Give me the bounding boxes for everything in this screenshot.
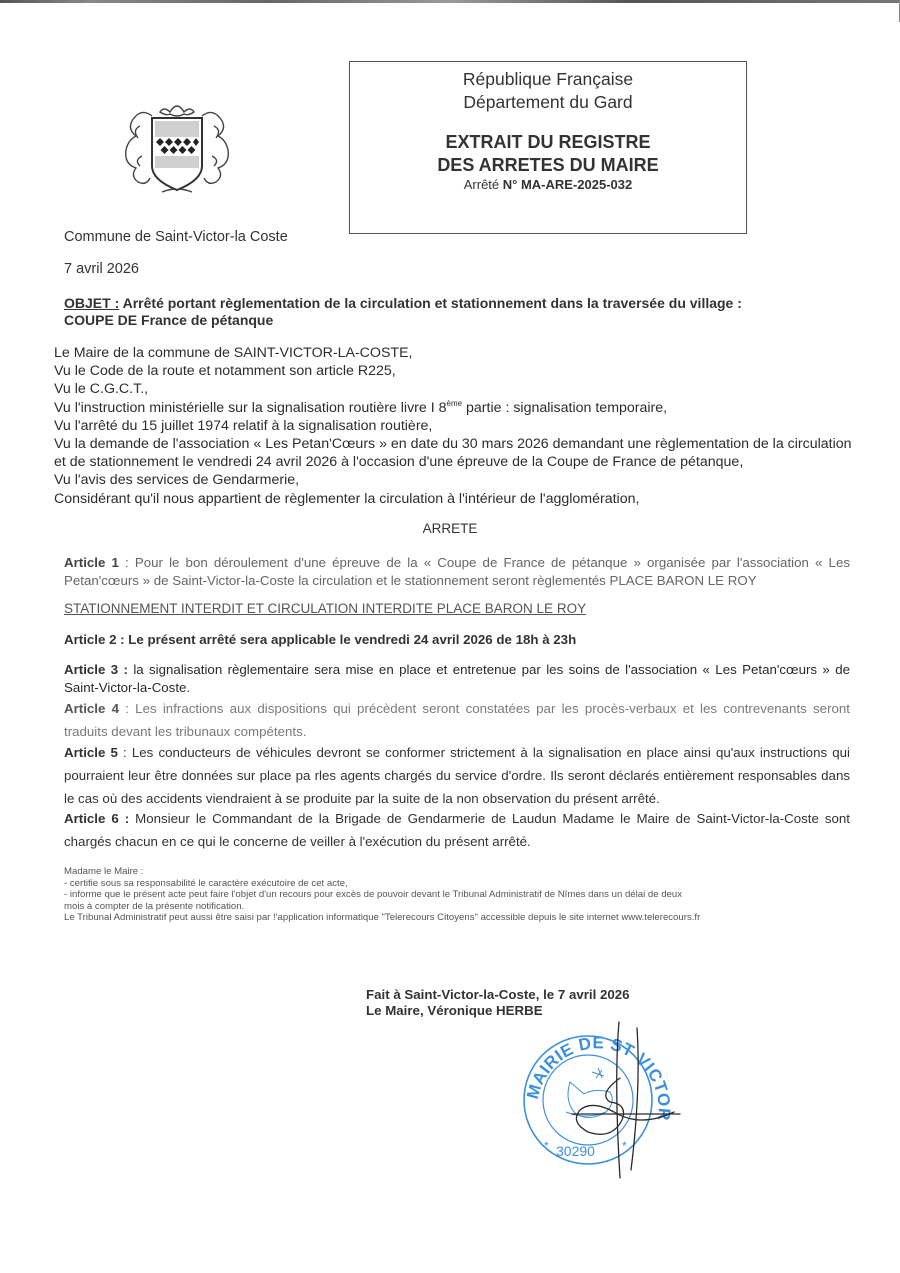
article-label: Article 5 (64, 745, 118, 760)
register-line-2: DES ARRETES DU MAIRE (350, 154, 746, 177)
republic-title: République Française Département du Gard (350, 68, 746, 114)
arrete-heading: ARRETE (0, 521, 900, 536)
signatory-name: Le Maire, Véronique HERBE (366, 1003, 630, 1019)
article-label: Article 1 (64, 555, 119, 570)
article-text: la signalisation règlementaire sera mise… (64, 662, 850, 695)
republic-line: République Française (350, 68, 746, 91)
commune-name: Commune de Saint-Victor-la Coste (64, 229, 288, 245)
document-date: 7 avril 2026 (64, 261, 139, 277)
article-text: : Les conducteurs de véhicules devront s… (64, 745, 850, 806)
consideration-line: Vu l'avis des services de Gendarmerie, (54, 471, 864, 489)
article-text: : Le présent arrêté sera applicable le v… (116, 632, 576, 647)
objet-text-line2: COUPE DE France de pétanque (64, 312, 273, 328)
coat-of-arms-icon (112, 98, 242, 198)
consideration-line: et de stationnement le vendredi 24 avril… (54, 453, 864, 471)
article-text: : Pour le bon déroulement d'une épreuve … (64, 555, 850, 588)
consideration-line: Le Maire de la commune de SAINT-VICTOR-L… (54, 344, 864, 362)
arrete-number-value: N° MA-ARE-2025-032 (503, 177, 632, 192)
stamp-postal-code: 30290 (556, 1143, 595, 1159)
consideration-line: Vu le Code de la route et notamment son … (54, 362, 864, 380)
note-line: mois à compter de la présente notificati… (64, 901, 864, 913)
stamp-text: MAIRIE DE ST VICTOR LA-COSTE (510, 1020, 674, 1122)
scan-top-edge (0, 0, 900, 3)
note-line: Le Tribunal Administratif peut aussi êtr… (64, 912, 864, 924)
considerations: Le Maire de la commune de SAINT-VICTOR-L… (54, 344, 864, 508)
register-line-1: EXTRAIT DU REGISTRE (350, 131, 746, 154)
consideration-line: Considérant qu'il nous appartient de règ… (54, 490, 864, 508)
consideration-line: Vu la demande de l'association « Les Pet… (54, 435, 864, 453)
legal-notes: Madame le Maire : - certifie sous sa res… (64, 866, 864, 924)
department-line: Département du Gard (350, 91, 746, 114)
article-text: Monsieur le Commandant de la Brigade de … (64, 811, 850, 849)
note-line: Madame le Maire : (64, 866, 864, 878)
note-line: - certifie sous sa responsabilité le car… (64, 878, 864, 890)
arrete-number: Arrêté N° MA-ARE-2025-032 (350, 177, 746, 193)
article-label: Article 6 : (64, 811, 129, 826)
mairie-stamp-icon: MAIRIE DE ST VICTOR LA-COSTE 30290 * * (510, 1020, 690, 1180)
svg-text:*: * (544, 1139, 549, 1153)
article-6: Article 6 : Monsieur le Commandant de la… (64, 807, 850, 853)
objet-label: OBJET : (64, 295, 119, 311)
article-label: Article 4 (64, 701, 119, 716)
arrete-label: Arrêté (464, 177, 503, 192)
objet: OBJET : Arrêté portant règlementation de… (64, 295, 844, 329)
article-5: Article 5 : Les conducteurs de véhicules… (64, 741, 850, 810)
objet-text: Arrêté portant règlementation de la circ… (119, 295, 742, 311)
restriction-heading: STATIONNEMENT INTERDIT ET CIRCULATION IN… (64, 601, 586, 616)
signature-place-date: Fait à Saint-Victor-la-Coste, le 7 avril… (366, 987, 630, 1003)
header-box: République Française Département du Gard… (349, 61, 747, 234)
register-title: EXTRAIT DU REGISTRE DES ARRETES DU MAIRE (350, 131, 746, 177)
consideration-line: Vu l'instruction ministérielle sur la si… (54, 399, 864, 417)
article-label: Article 3 : (64, 662, 128, 677)
article-1: Article 1 : Pour le bon déroulement d'un… (64, 554, 850, 590)
signature-block: Fait à Saint-Victor-la-Coste, le 7 avril… (366, 987, 630, 1019)
svg-text:MAIRIE DE ST VICTOR LA-COSTE: MAIRIE DE ST VICTOR LA-COSTE (510, 1020, 674, 1122)
article-3: Article 3 : la signalisation règlementai… (64, 661, 850, 697)
note-line: - informe que le présent acte peut faire… (64, 889, 864, 901)
article-label: Article 2 (64, 632, 116, 647)
article-2: Article 2 : Le présent arrêté sera appli… (64, 632, 576, 647)
article-4: Article 4 : Les infractions aux disposit… (64, 697, 850, 743)
consideration-line: Vu l'arrêté du 15 juillet 1974 relatif à… (54, 417, 864, 435)
article-text: : Les infractions aux dispositions qui p… (64, 701, 850, 739)
consideration-line: Vu le C.G.C.T., (54, 380, 864, 398)
svg-text:*: * (622, 1139, 627, 1153)
